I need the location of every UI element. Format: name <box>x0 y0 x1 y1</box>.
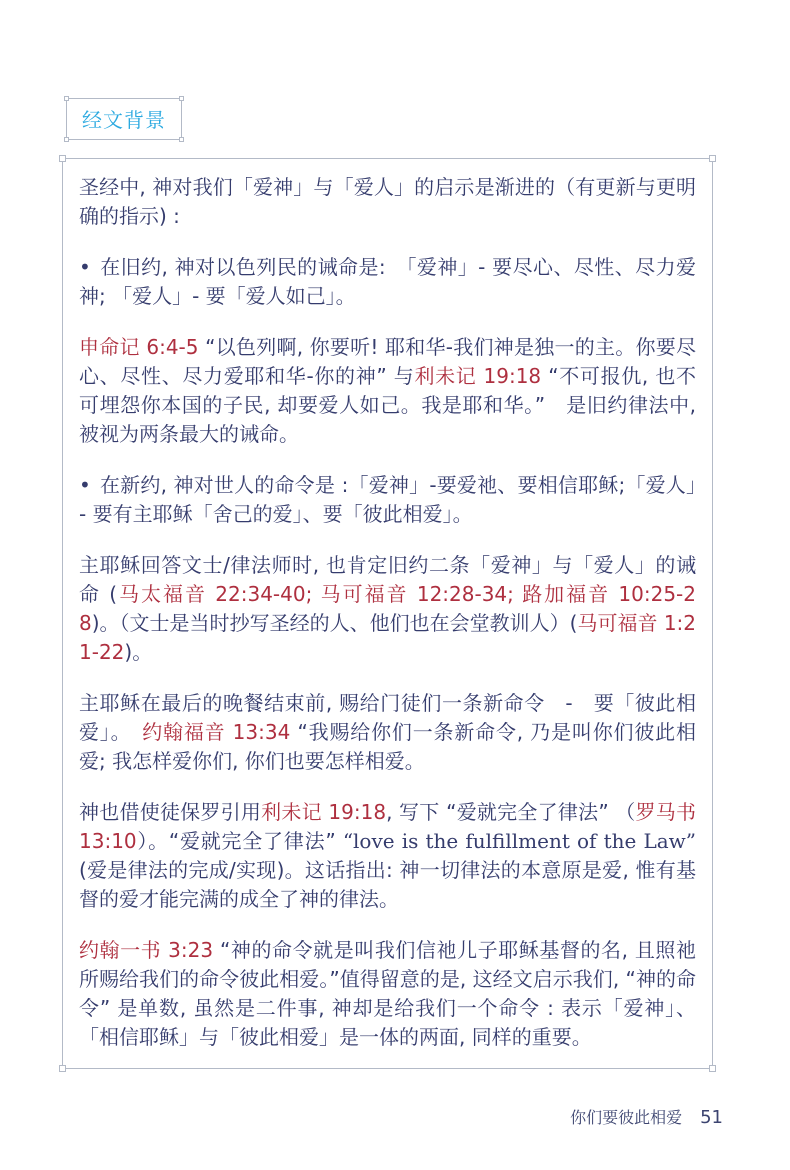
text-run: “love is the fulfillment of the Law” <box>343 829 696 853</box>
text-run: (爱是律法的完成/实现)。这话指出: 神一切律法的本意原是爱, 惟有基督的爱才能… <box>79 858 696 911</box>
footer-running-title: 你们要彼此相爱 <box>570 1108 682 1127</box>
text-run: 圣经中, 神对我们「爱神」与「爱人」的启示是渐进的（有更新与更明确的指示) : <box>79 175 696 228</box>
corner-ornament <box>59 1065 66 1072</box>
section-badge: 经文背景 <box>66 98 182 140</box>
text-run: 在新约, 神对世人的命令是 :「爱神」-要爱祂、要相信耶稣;「爱人」- 要有主耶… <box>79 473 696 526</box>
paragraph: 申命记 6:4-5 “以色列啊, 你要听! 耶和华-我们神是独一的主。你要尽心、… <box>79 333 696 449</box>
content-box: 圣经中, 神对我们「爱神」与「爱人」的启示是渐进的（有更新与更明确的指示) :•… <box>62 158 713 1069</box>
scripture-reference: 利未记 19:18 <box>261 800 386 824</box>
section-badge-label: 经文背景 <box>82 108 166 132</box>
paragraph: 约翰一书 3:23 “神的命令就是叫我们信祂儿子耶稣基督的名, 且照祂所赐给我们… <box>79 936 696 1052</box>
corner-ornament <box>59 155 66 162</box>
footer-page-number: 51 <box>700 1107 723 1128</box>
text-run: 在旧约, 神对以色列民的诫命是: 「爱神」- 要尽心、尽性、尽力爱神; 「爱人」… <box>79 255 696 308</box>
corner-ornament <box>64 96 69 101</box>
bullet-icon: • <box>79 255 91 279</box>
scripture-reference: 约翰一书 3:23 <box>79 938 213 962</box>
scripture-reference: 约翰福音 13:34 <box>142 720 290 744</box>
corner-ornament <box>64 137 69 142</box>
scripture-reference: 利未记 19:18 <box>414 364 541 388</box>
text-run: )。 <box>124 640 152 664</box>
paragraph: 圣经中, 神对我们「爱神」与「爱人」的启示是渐进的（有更新与更明确的指示) : <box>79 173 696 231</box>
scripture-reference: 申命记 6:4-5 <box>79 335 198 359</box>
page-footer: 你们要彼此相爱51 <box>570 1105 723 1128</box>
text-run: ）。“爱就完全了律法” <box>137 829 343 853</box>
text-run: 神也借使徒保罗引用 <box>79 800 261 824</box>
corner-ornament <box>709 1065 716 1072</box>
paragraph: 主耶稣回答文士/律法师时, 也肯定旧约二条「爱神」与「爱人」的诫命 (马太福音 … <box>79 551 696 667</box>
paragraph: 神也借使徒保罗引用利未记 19:18, 写下 “爱就完全了律法” （罗马书 13… <box>79 798 696 914</box>
corner-ornament <box>179 137 184 142</box>
paragraph: 主耶稣在最后的晚餐结束前, 赐给门徒们一条新命令 - 要「彼此相爱」。 约翰福音… <box>79 689 696 776</box>
text-run: , 写下 “爱就完全了律法” （ <box>386 800 635 824</box>
text-run: )。（文士是当时抄写圣经的人、他们也在会堂教训人）( <box>92 611 578 635</box>
corner-ornament <box>179 96 184 101</box>
corner-ornament <box>709 155 716 162</box>
book-page: 经文背景 圣经中, 神对我们「爱神」与「爱人」的启示是渐进的（有更新与更明确的指… <box>0 0 790 1170</box>
bullet-paragraph: •在旧约, 神对以色列民的诫命是: 「爱神」- 要尽心、尽性、尽力爱神; 「爱人… <box>79 253 696 311</box>
bullet-paragraph: •在新约, 神对世人的命令是 :「爱神」-要爱祂、要相信耶稣;「爱人」- 要有主… <box>79 471 696 529</box>
content-paragraphs: 圣经中, 神对我们「爱神」与「爱人」的启示是渐进的（有更新与更明确的指示) :•… <box>79 173 696 1052</box>
bullet-icon: • <box>79 473 91 497</box>
